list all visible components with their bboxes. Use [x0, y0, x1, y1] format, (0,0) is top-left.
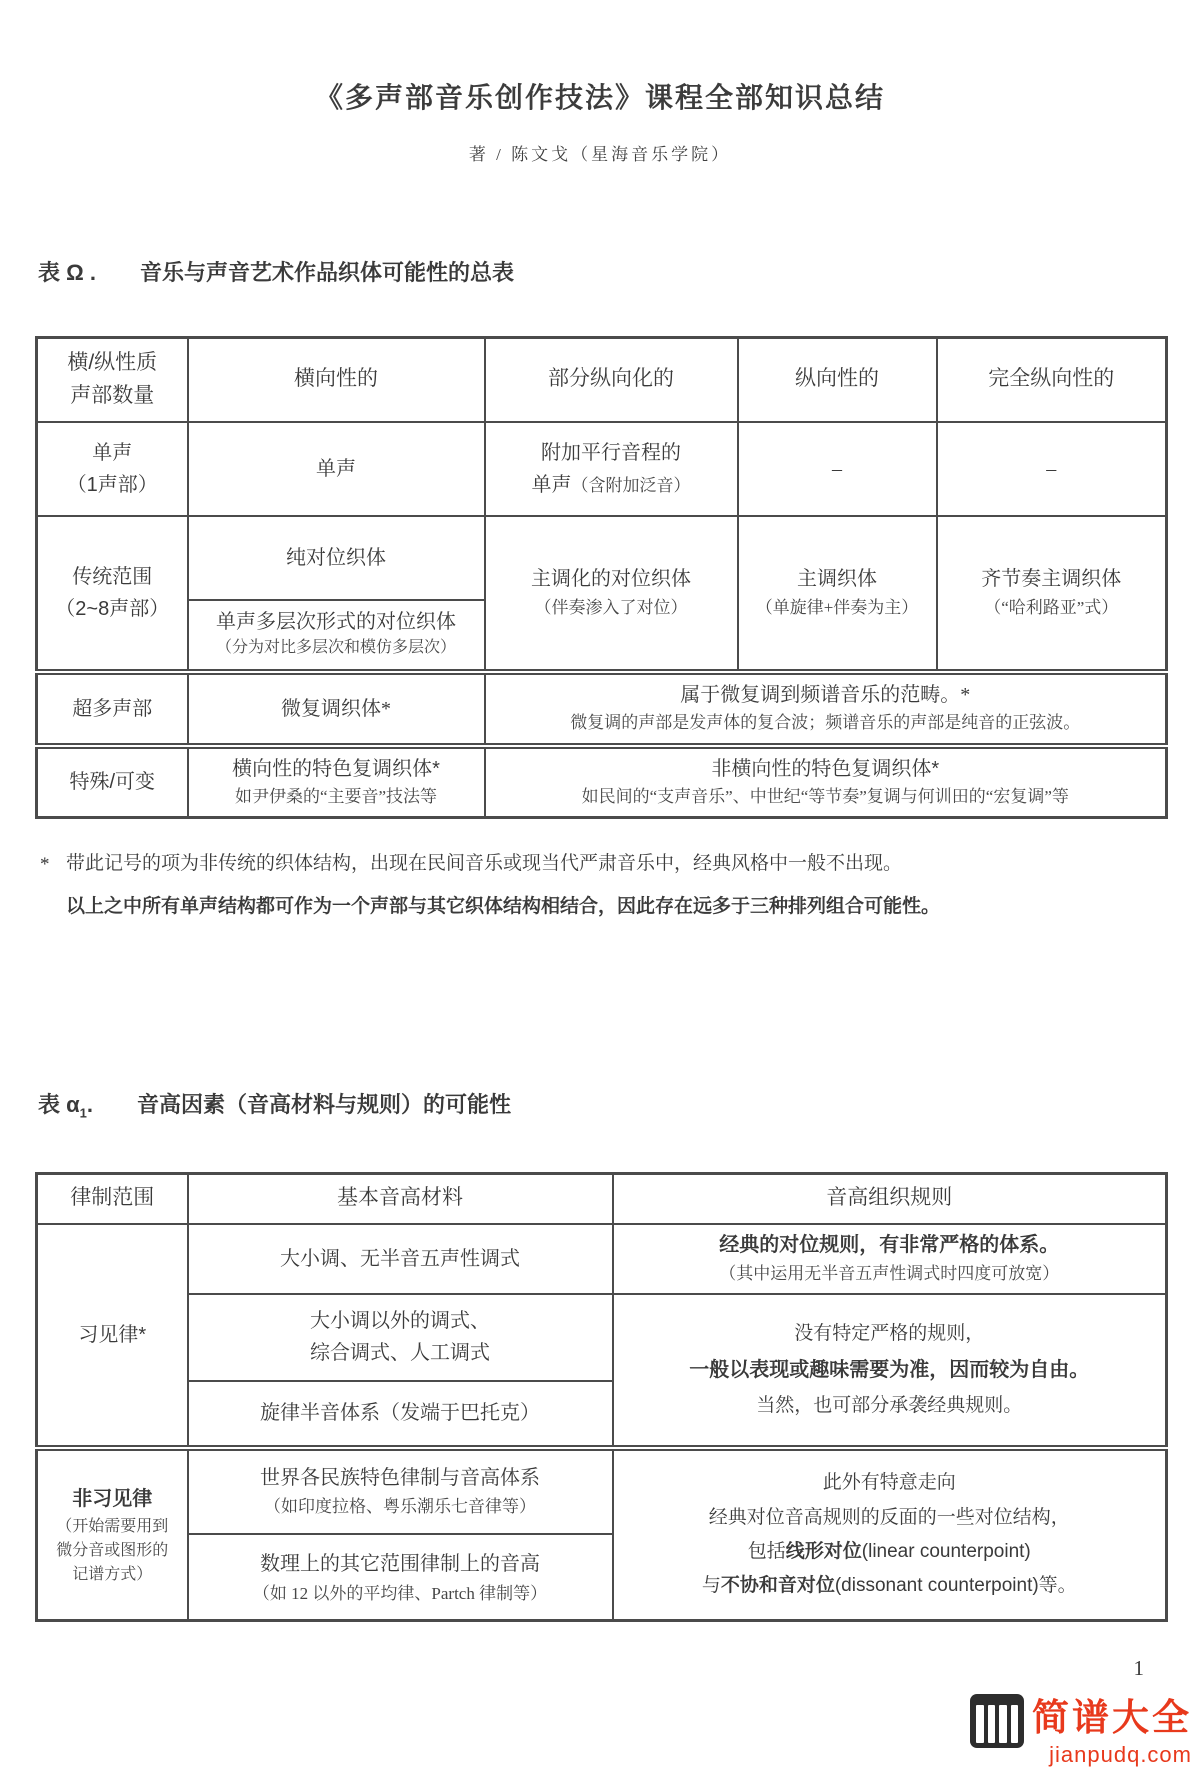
cell-major-minor-pentatonic: 大小调、无半音五声性调式 [188, 1224, 613, 1294]
header-pitch-rules: 音高组织规则 [613, 1174, 1167, 1224]
world-tunings-main: 世界各民族特色律制与音高体系 [195, 1462, 606, 1494]
table-alpha-caption-prefix: 表 α [38, 1092, 80, 1117]
uncommon-label-main: 非习见律 [44, 1483, 181, 1515]
classic-rules-fine: （其中运用无半音五声性调式时四度可放宽） [620, 1261, 1160, 1287]
cell-special-label: 特殊/可变 [37, 746, 188, 818]
cell-pure-counterpoint: 纯对位织体 [188, 516, 485, 600]
anti-classic-line4-bold: 不协和音对位 [721, 1575, 835, 1596]
cell-micropolyphony: 微复调织体* [188, 672, 485, 746]
table-omega-header-row: 横/纵性质 声部数量 横向性的 部分纵向化的 纵向性的 完全纵向性的 [37, 338, 1167, 422]
table-omega-caption-title: 音乐与声音艺术作品织体可能性的总表 [140, 260, 514, 285]
traditional-label-line1: 传统范围 [44, 561, 181, 593]
header-pitch-material: 基本音高材料 [188, 1174, 613, 1224]
special-horizontal-main: 横向性的特色复调织体* [195, 754, 478, 784]
mono-label-line1: 单声 [44, 437, 181, 469]
texture-possibility-table: 横/纵性质 声部数量 横向性的 部分纵向化的 纵向性的 完全纵向性的 单声 （1… [35, 336, 1168, 819]
row-traditional-sub1: 传统范围 （2~8声部） 纯对位织体 主调化的对位织体 （伴奏渗入了对位） 主调… [37, 516, 1167, 600]
document-title: 《多声部音乐创作技法》课程全部知识总结 [0, 76, 1200, 116]
header-nature-voices: 横/纵性质 声部数量 [37, 338, 188, 422]
row-uncommon-tuning-1: 非习见律 （开始需要用到 微分音或图形的 记谱方式） 世界各民族特色律制与音高体… [37, 1448, 1167, 1534]
traditional-partial-main: 主调化的对位织体 [492, 563, 731, 595]
header-partially-vertical: 部分纵向化的 [485, 338, 738, 422]
other-modes-line2: 综合调式、人工调式 [195, 1337, 606, 1369]
cell-mono-partial: 附加平行音程的 单声（含附加泛音） [485, 422, 738, 516]
cell-free-rules: 没有特定严格的规则， 一般以表现或趣味需要为准，因而较为自由。 当然，也可部分承… [613, 1294, 1167, 1448]
table-omega-caption-label: 表 Ω . [38, 260, 96, 285]
special-merged-main: 非横向性的特色复调织体* [492, 754, 1160, 784]
hyper-merged-fine: 微复调的声部是发声体的复合波；频谱音乐的声部是纯音的正弦波。 [492, 710, 1160, 736]
watermark: 简谱大全 jianpudq.com [970, 1694, 1192, 1768]
mono-label-line2: （1声部） [44, 469, 181, 501]
mono-partial-line1: 附加平行音程的 [492, 437, 731, 469]
classic-rules-main: 经典的对位规则，有非常严格的体系。 [620, 1230, 1160, 1261]
footnote-line1-text: 带此记号的项为非传统的织体结构，出现在民间音乐或现当代严肃音乐中，经典风格中一般… [66, 853, 902, 874]
piano-keys-icon [970, 1694, 1024, 1748]
cell-hyper-label: 超多声部 [37, 672, 188, 746]
traditional-label-line2: （2~8声部） [44, 593, 181, 625]
anti-classic-line3-prefix: 包括 [748, 1541, 786, 1562]
piano-key [1011, 1705, 1019, 1743]
cell-other-modes: 大小调以外的调式、 综合调式、人工调式 [188, 1294, 613, 1381]
cell-traditional-vertical: 主调织体 （单旋律+伴奏为主） [738, 516, 937, 672]
watermark-domain: jianpudq.com [1049, 1742, 1192, 1768]
piano-key [976, 1705, 984, 1743]
cell-mono-label: 单声 （1声部） [37, 422, 188, 516]
multilayer-main: 单声多层次形式的对位织体 [195, 609, 478, 636]
anti-classic-line4: 与不协和音对位(dissonant counterpoint)等。 [620, 1569, 1160, 1603]
cell-uncommon-tuning-label: 非习见律 （开始需要用到 微分音或图形的 记谱方式） [37, 1448, 188, 1621]
header-nature-line2: 声部数量 [44, 380, 181, 413]
special-merged-fine: 如民间的“支声音乐”、中世纪“等节奏”复调与何训田的“宏复调”等 [492, 784, 1160, 810]
cell-mono-vertical-dash: – [738, 422, 937, 516]
header-horizontal: 横向性的 [188, 338, 485, 422]
cell-classic-counterpoint-rules: 经典的对位规则，有非常严格的体系。 （其中运用无半音五声性调式时四度可放宽） [613, 1224, 1167, 1294]
traditional-vertical-fine: （单旋律+伴奏为主） [745, 595, 930, 621]
cell-melodic-chromaticism: 旋律半音体系（发端于巴托克） [188, 1381, 613, 1448]
mono-partial-line2: 单声（含附加泛音） [492, 469, 731, 501]
piano-key [999, 1705, 1007, 1743]
multilayer-fine: （分为对比多层次和模仿多层次） [195, 636, 478, 660]
traditional-fullvertical-main: 齐节奏主调织体 [944, 563, 1160, 595]
anti-classic-line3-bold: 线形对位 [786, 1541, 862, 1562]
table-alpha-caption-title: 音高因素（音高材料与规则）的可能性 [137, 1092, 511, 1117]
header-tuning-range: 律制范围 [37, 1174, 188, 1224]
other-modes-line1: 大小调以外的调式、 [195, 1305, 606, 1337]
page-number: 1 [1134, 1656, 1145, 1681]
traditional-vertical-main: 主调织体 [745, 563, 930, 595]
cell-special-merged: 非横向性的特色复调织体* 如民间的“支声音乐”、中世纪“等节奏”复调与何训田的“… [485, 746, 1167, 818]
cell-hyper-merged: 属于微复调到频谱音乐的范畴。* 微复调的声部是发声体的复合波；频谱音乐的声部是纯… [485, 672, 1167, 746]
traditional-partial-fine: （伴奏渗入了对位） [492, 595, 731, 621]
pitch-factor-table: 律制范围 基本音高材料 音高组织规则 习见律* 大小调、无半音五声性调式 经典的… [35, 1172, 1168, 1622]
mono-partial-line2-fine: （含附加泛音） [572, 476, 691, 495]
free-rules-line3: 当然，也可部分承袭经典规则。 [620, 1388, 1160, 1423]
anti-classic-line4-suffix: (dissonant counterpoint)等。 [835, 1575, 1077, 1596]
header-vertical: 纵向性的 [738, 338, 937, 422]
math-tunings-main: 数理上的其它范围律制上的音高 [195, 1547, 606, 1581]
cell-mono-horizontal: 单声 [188, 422, 485, 516]
anti-classic-line3: 包括线形对位(linear counterpoint) [620, 1535, 1160, 1569]
hyper-merged-main: 属于微复调到频谱音乐的范畴。* [492, 680, 1160, 710]
row-hyper-polyphony: 超多声部 微复调织体* 属于微复调到频谱音乐的范畴。* 微复调的声部是发声体的复… [37, 672, 1167, 746]
special-horizontal-fine: 如尹伊桑的“主要音”技法等 [195, 784, 478, 810]
uncommon-label-fine1: （开始需要用到 [44, 1515, 181, 1539]
cell-anti-classic-counterpoint: 此外有特意走向 经典对位音高规则的反面的一些对位结构， 包括线形对位(linea… [613, 1448, 1167, 1621]
table-alpha-caption-subscript: 1 [80, 1105, 87, 1120]
table-alpha-caption-label: 表 α1. [38, 1092, 93, 1117]
header-fully-vertical: 完全纵向性的 [937, 338, 1167, 422]
row-special-variable: 特殊/可变 横向性的特色复调织体* 如尹伊桑的“主要音”技法等 非横向性的特色复… [37, 746, 1167, 818]
watermark-text: 简谱大全 jianpudq.com [1032, 1694, 1192, 1768]
table-omega-footnote: *带此记号的项为非传统的织体结构，出现在民间音乐或现当代严肃音乐中，经典风格中一… [40, 843, 1165, 929]
footnote-line2: 以上之中所有单声结构都可作为一个声部与其它织体结构相结合，因此存在远多于三种排列… [40, 886, 1165, 929]
row-common-tuning-2: 大小调以外的调式、 综合调式、人工调式 没有特定严格的规则， 一般以表现或趣味需… [37, 1294, 1167, 1381]
uncommon-label-fine3: 记谱方式） [44, 1563, 181, 1587]
table-alpha-caption-dot: . [87, 1092, 93, 1117]
table-omega-caption: 表 Ω .音乐与声音艺术作品织体可能性的总表 [38, 256, 514, 287]
cell-common-tuning-label: 习见律* [37, 1224, 188, 1448]
uncommon-label-fine2: 微分音或图形的 [44, 1539, 181, 1563]
document-author: 著 / 陈文戈（星海音乐学院） [0, 140, 1200, 165]
cell-mathematical-tunings: 数理上的其它范围律制上的音高 （如 12 以外的平均律、Partch 律制等） [188, 1534, 613, 1621]
piano-key [988, 1705, 996, 1743]
footnote-marker: * [40, 844, 50, 887]
watermark-brand: 简谱大全 [1032, 1694, 1192, 1742]
footnote-line1: *带此记号的项为非传统的织体结构，出现在民间音乐或现当代严肃音乐中，经典风格中一… [40, 843, 1165, 886]
world-tunings-fine: （如印度拉格、粤乐潮乐七音律等） [195, 1494, 606, 1520]
header-nature-line1: 横/纵性质 [44, 347, 181, 380]
anti-classic-line4-prefix: 与 [702, 1575, 721, 1596]
table-alpha-header-row: 律制范围 基本音高材料 音高组织规则 [37, 1174, 1167, 1224]
cell-multilayer-counterpoint: 单声多层次形式的对位织体 （分为对比多层次和模仿多层次） [188, 600, 485, 672]
anti-classic-line3-suffix: (linear counterpoint) [862, 1541, 1031, 1562]
table-alpha-caption: 表 α1.音高因素（音高材料与规则）的可能性 [38, 1088, 511, 1120]
cell-traditional-partial: 主调化的对位织体 （伴奏渗入了对位） [485, 516, 738, 672]
cell-mono-fullvertical-dash: – [937, 422, 1167, 516]
row-common-tuning-1: 习见律* 大小调、无半音五声性调式 经典的对位规则，有非常严格的体系。 （其中运… [37, 1224, 1167, 1294]
mono-partial-line2-main: 单声 [532, 474, 572, 496]
traditional-fullvertical-fine: （“哈利路亚”式） [944, 595, 1160, 621]
cell-world-tunings: 世界各民族特色律制与音高体系 （如印度拉格、粤乐潮乐七音律等） [188, 1448, 613, 1534]
cell-traditional-fullvertical: 齐节奏主调织体 （“哈利路亚”式） [937, 516, 1167, 672]
anti-classic-line2: 经典对位音高规则的反面的一些对位结构， [620, 1501, 1160, 1535]
row-monophony: 单声 （1声部） 单声 附加平行音程的 单声（含附加泛音） – – [37, 422, 1167, 516]
cell-special-horizontal: 横向性的特色复调织体* 如尹伊桑的“主要音”技法等 [188, 746, 485, 818]
cell-traditional-label: 传统范围 （2~8声部） [37, 516, 188, 672]
free-rules-line1: 没有特定严格的规则， [620, 1316, 1160, 1351]
free-rules-line2: 一般以表现或趣味需要为准，因而较为自由。 [620, 1352, 1160, 1388]
math-tunings-fine: （如 12 以外的平均律、Partch 律制等） [195, 1581, 606, 1607]
anti-classic-line1: 此外有特意走向 [620, 1466, 1160, 1500]
